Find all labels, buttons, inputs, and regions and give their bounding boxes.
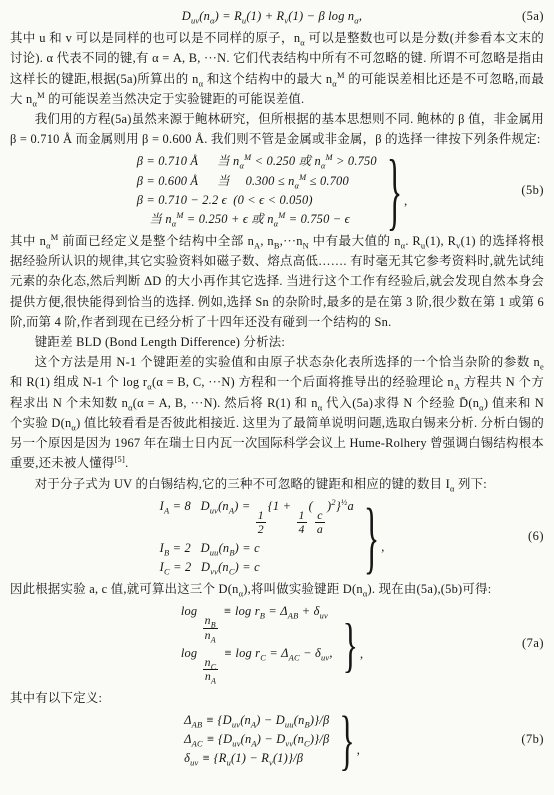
formula-line-5b-2: β = 0.600 Å 当 0.300 ≤ nαM ≤ 0.700 [137,173,349,189]
equation-number-6: (6) [504,529,544,544]
paragraph-nmax-definition: 其中 nαM 前面已经定义是整个结构中全部 nA, nB,···nN 中有最大值… [10,231,544,332]
equation-number-7b: (7b) [504,732,544,747]
right-brace-7b: }, [339,723,359,755]
equation-7b: ΔAB ≡ {Duv(nA) − Duu(nB)}/β ΔAC ≡ {Duv(n… [10,712,544,766]
equation-5a: Duv(nα) = Ru(1) + Rv(1) − β log nα, (5a) [10,8,544,24]
paragraph-context-5a: 其中 u 和 v 可以是同样的也可以是不同样的原子，nα 可以是整数也可以是分数… [10,28,544,109]
equation-6: IA = 8 Duv(nA) = 12{1 + 14(ca)2}½a IB = … [10,498,544,575]
equation-number-5a: (5a) [504,9,544,24]
bld-method-heading: 键距差 BLD (Bond Length Difference) 分析法: [10,332,544,352]
formula-line-6-3: IC = 2 Dvv(nC) = c [160,559,260,575]
paragraph-pauling-comparison: 我们用的方程(5a)虽然来源于鲍林研究，但所根据的基本思想则不同. 鲍林的 β … [10,109,544,149]
right-brace-6: }, [364,520,384,552]
formula-line-6-1: IA = 8 Duv(nA) = 12{1 + 14(ca)2}½a [160,498,354,537]
paper-page: Duv(nα) = Ru(1) + Rv(1) − β log nα, (5a)… [0,0,554,795]
equation-7a: log nBnA ≡ log rB = ΔAB + δuv log nCnA ≡… [10,603,544,684]
formula-line-7b-1: ΔAB ≡ {Duv(nA) − Duu(nB)}/β [184,712,329,728]
paragraph-experimental-bond-lengths: 因此根据实验 a, c 值,就可算出这三个 D(nα),将叫做实验键距 D(nα… [10,579,544,599]
paragraph-definitions-intro: 其中有以下定义: [10,688,544,708]
formula-line-5b-3: β = 0.710 − 2.2 ϵ (0 < ϵ < 0.050) [137,192,313,208]
equation-number-5b: (5b) [504,183,544,198]
paragraph-bld-description: 这个方法是用 N-1 个键距差的实验值和由原子状态杂化表所选择的一个恰当杂阶的参… [10,352,544,473]
formula-line-7a-2: log nCnA ≡ log rC = ΔAC − δuv, [181,645,333,684]
right-brace-5b: }, [387,174,407,206]
paragraph-white-tin-intro: 对于分子式为 UV 的白锡结构,它的三种不可忽略的键距和相应的键的数目 Iα 列… [10,474,544,494]
formula-line-7b-3: δuv ≡ {Ru(1) − Rv(1)}/β [184,750,303,766]
formula-line-7a-1: log nBnA ≡ log rB = ΔAB + δuv [181,603,328,642]
formula-line-5a: Duv(nα) = Ru(1) + Rv(1) − β log nα, [182,8,362,24]
formula-line-7b-2: ΔAC ≡ {Duv(nA) − Dvv(nC)}/β [184,731,329,747]
formula-line-5b-1: β = 0.710 Å 当 nαM < 0.250 或 nαM > 0.750 [137,153,377,169]
equation-5b: β = 0.710 Å 当 nαM < 0.250 或 nαM > 0.750 … [10,153,544,227]
right-brace-7a: }, [343,628,363,660]
formula-line-6-2: IB = 2 Duu(nB) = c [160,540,260,556]
equation-number-7a: (7a) [504,636,544,651]
formula-line-5b-4: 当 nαM = 0.250 + ϵ 或 nαM = 0.750 − ϵ [137,211,350,227]
